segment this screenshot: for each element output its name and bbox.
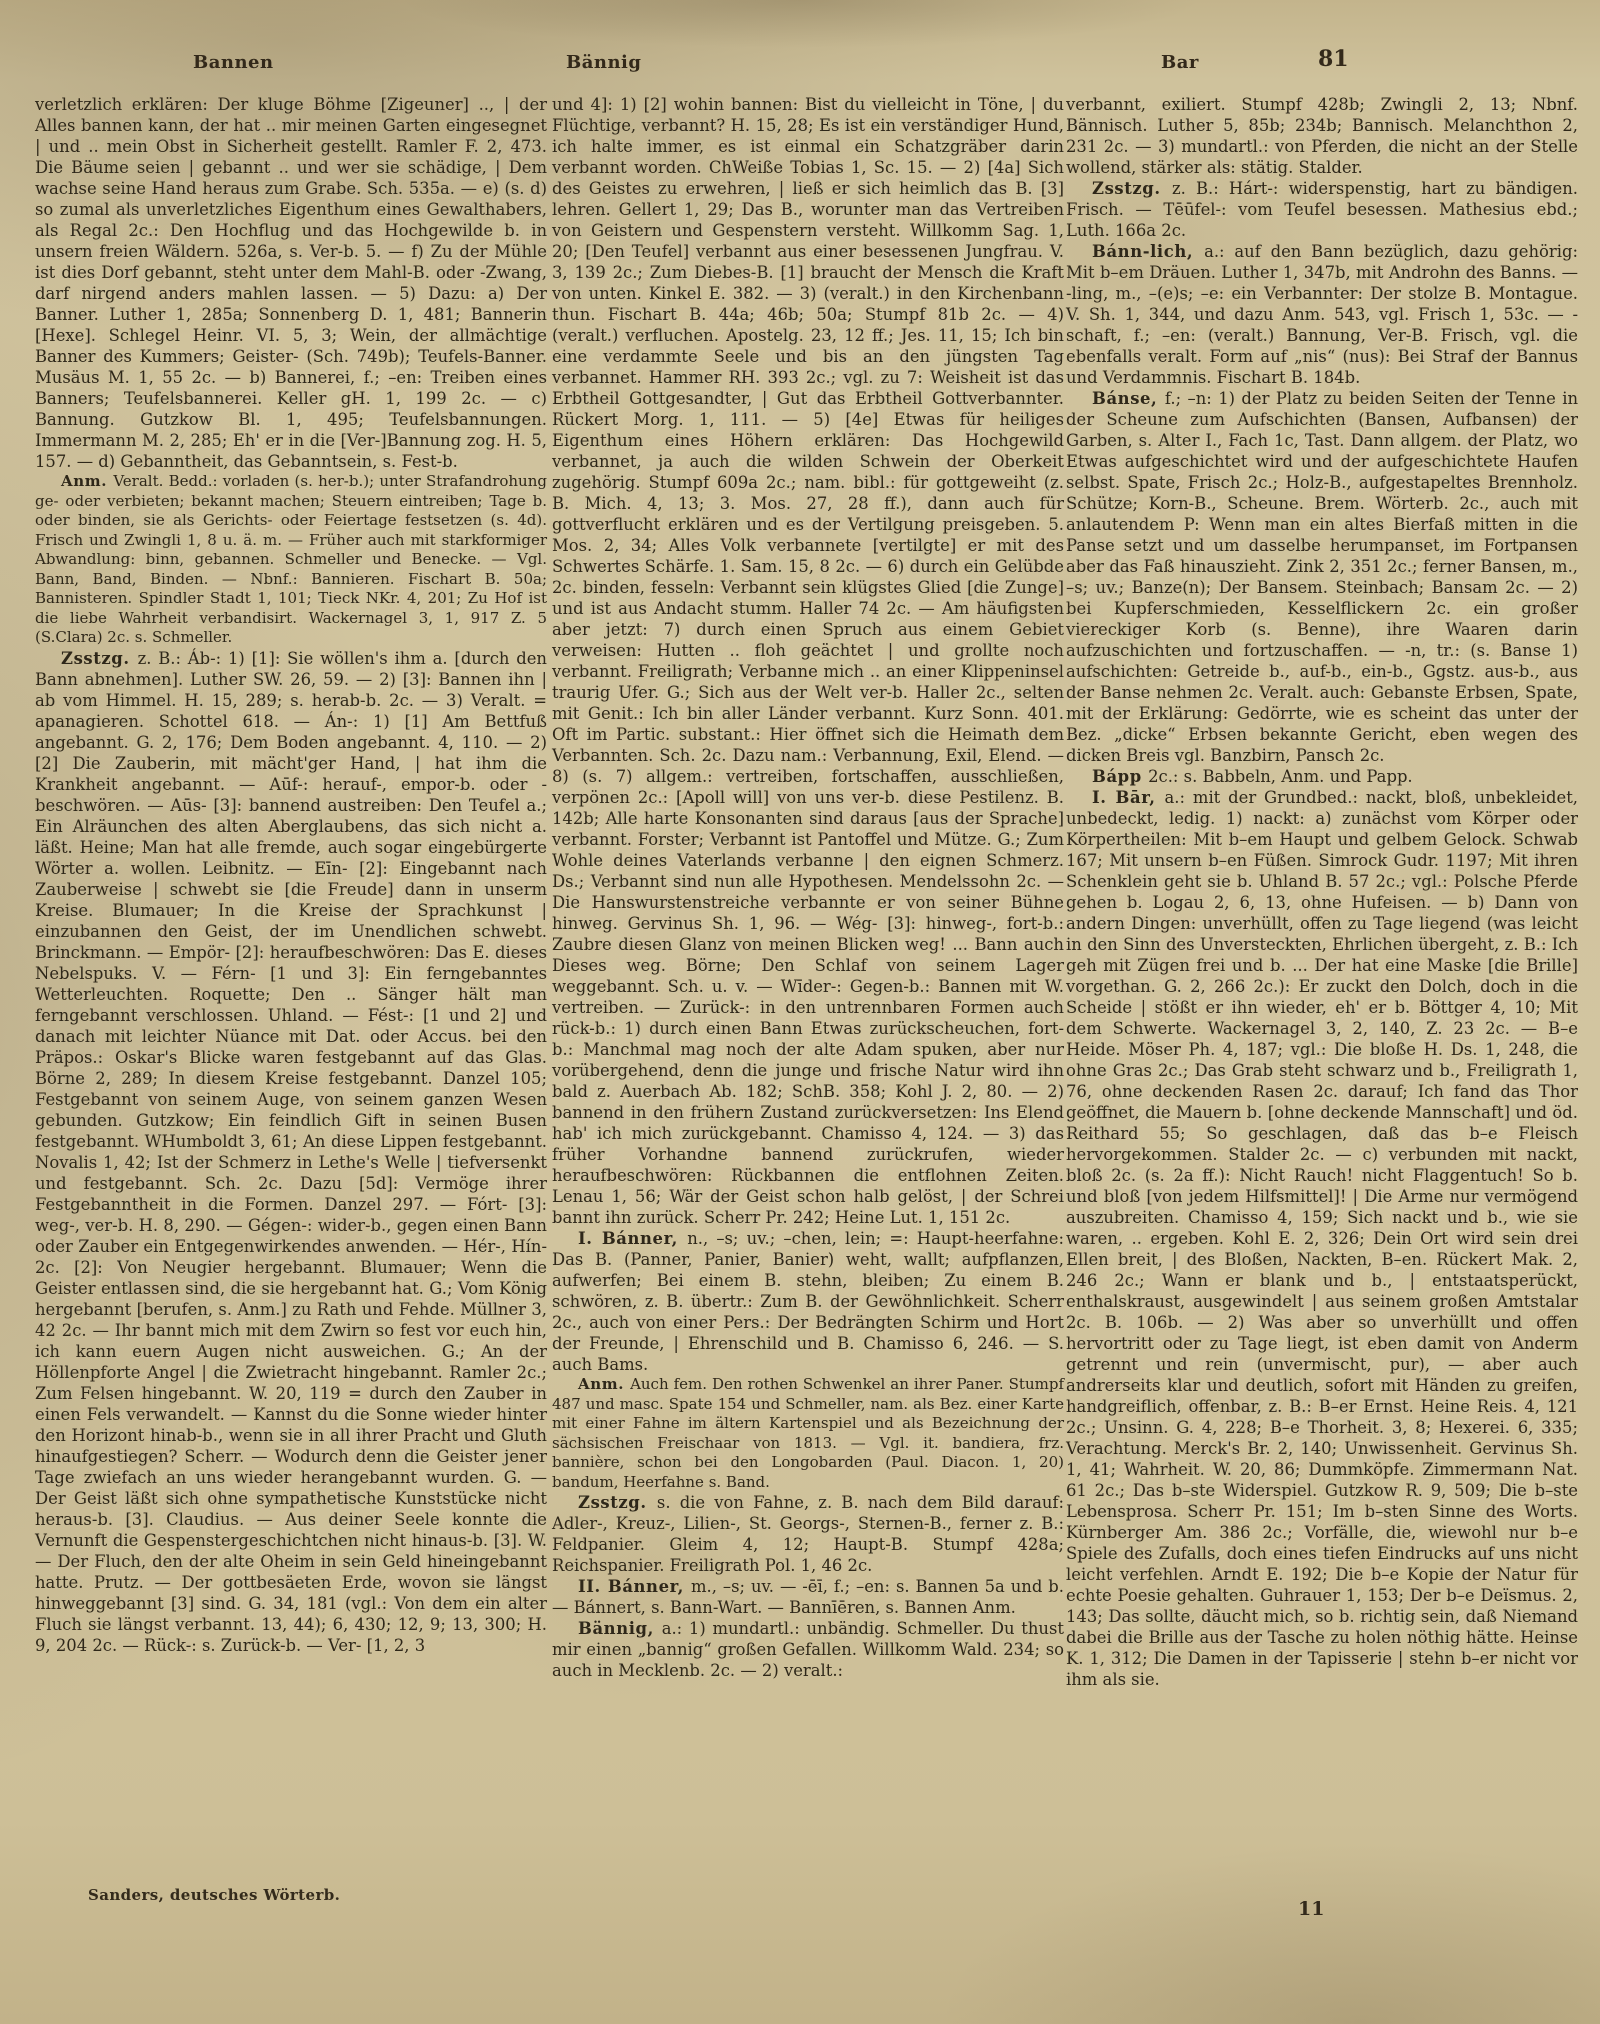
dictionary-paragraph: verletzlich erklären: Der kluge Böhme [Z… — [35, 94, 547, 472]
text-column-2: und 4]: 1) [2] wohin bannen: Bist du vie… — [552, 94, 1064, 1681]
entry-headword: Bännig, — [578, 1619, 662, 1638]
running-head-left: Bannen — [193, 52, 274, 73]
dictionary-paragraph: verbannt, exiliert. Stumpf 428b; Zwingli… — [1066, 94, 1578, 178]
running-head-center: Bännig — [566, 52, 641, 73]
entry-headword: Zsstzg. — [1092, 179, 1172, 198]
text-column-3: verbannt, exiliert. Stumpf 428b; Zwingli… — [1066, 94, 1578, 1690]
entry-headword: I. Bánner, — [578, 1229, 687, 1248]
dictionary-paragraph: I. Bār, a.: mit der Grundbed.: nackt, bl… — [1066, 787, 1578, 1690]
dictionary-paragraph: Bännig, a.: 1) mundartl.: unbändig. Schm… — [552, 1618, 1064, 1681]
entry-headword: II. Bánner, — [578, 1577, 691, 1596]
dictionary-paragraph: Anm. Auch fem. Den rothen Schwenkel an i… — [552, 1375, 1064, 1492]
dictionary-paragraph: I. Bánner, n., –s; uv.; –chen, lein; =: … — [552, 1228, 1064, 1375]
entry-headword: Anm. — [61, 472, 113, 490]
entry-headword: Zsstzg. — [578, 1493, 657, 1512]
entry-headword: Bánn-lich, — [1092, 242, 1204, 261]
entry-headword: I. Bār, — [1092, 788, 1165, 807]
dictionary-paragraph: Bánn-lich, a.: auf den Bann bezüglich, d… — [1066, 241, 1578, 388]
sheet-signature-number: 11 — [1298, 1898, 1324, 1920]
dictionary-paragraph: Bápp 2c.: s. Babbeln, Anm. und Papp. — [1066, 766, 1578, 787]
text-column-1: verletzlich erklären: Der kluge Böhme [Z… — [35, 94, 547, 1656]
entry-headword: Bánse, — [1092, 389, 1165, 408]
dictionary-paragraph: Zsstzg. s. die von Fahne, z. B. nach dem… — [552, 1492, 1064, 1576]
dictionary-paragraph: und 4]: 1) [2] wohin bannen: Bist du vie… — [552, 94, 1064, 1228]
dictionary-page-scan: Bannen Bännig Bar 81 verletzlich erkläre… — [0, 0, 1600, 2024]
entry-headword: Anm. — [578, 1375, 630, 1393]
dictionary-paragraph: Anm. Veralt. Bedd.: vorladen (s. her-b.)… — [35, 472, 547, 648]
dictionary-paragraph: II. Bánner, m., –s; uv. — -ēī, f.; –en: … — [552, 1576, 1064, 1618]
dictionary-paragraph: Zsstzg. z. B.: Hárt-: widerspenstig, har… — [1066, 178, 1578, 241]
running-head-right: Bar — [1161, 52, 1199, 73]
dictionary-paragraph: Zsstzg. z. B.: Áb-: 1) [1]: Sie wöllen's… — [35, 648, 547, 1656]
entry-headword: Zsstzg. — [61, 649, 138, 668]
printer-signature: Sanders, deutsches Wörterb. — [88, 1886, 340, 1904]
dictionary-paragraph: Bánse, f.; –n: 1) der Platz zu beiden Se… — [1066, 388, 1578, 766]
entry-headword: Bápp — [1092, 767, 1148, 786]
page-number: 81 — [1318, 46, 1349, 72]
